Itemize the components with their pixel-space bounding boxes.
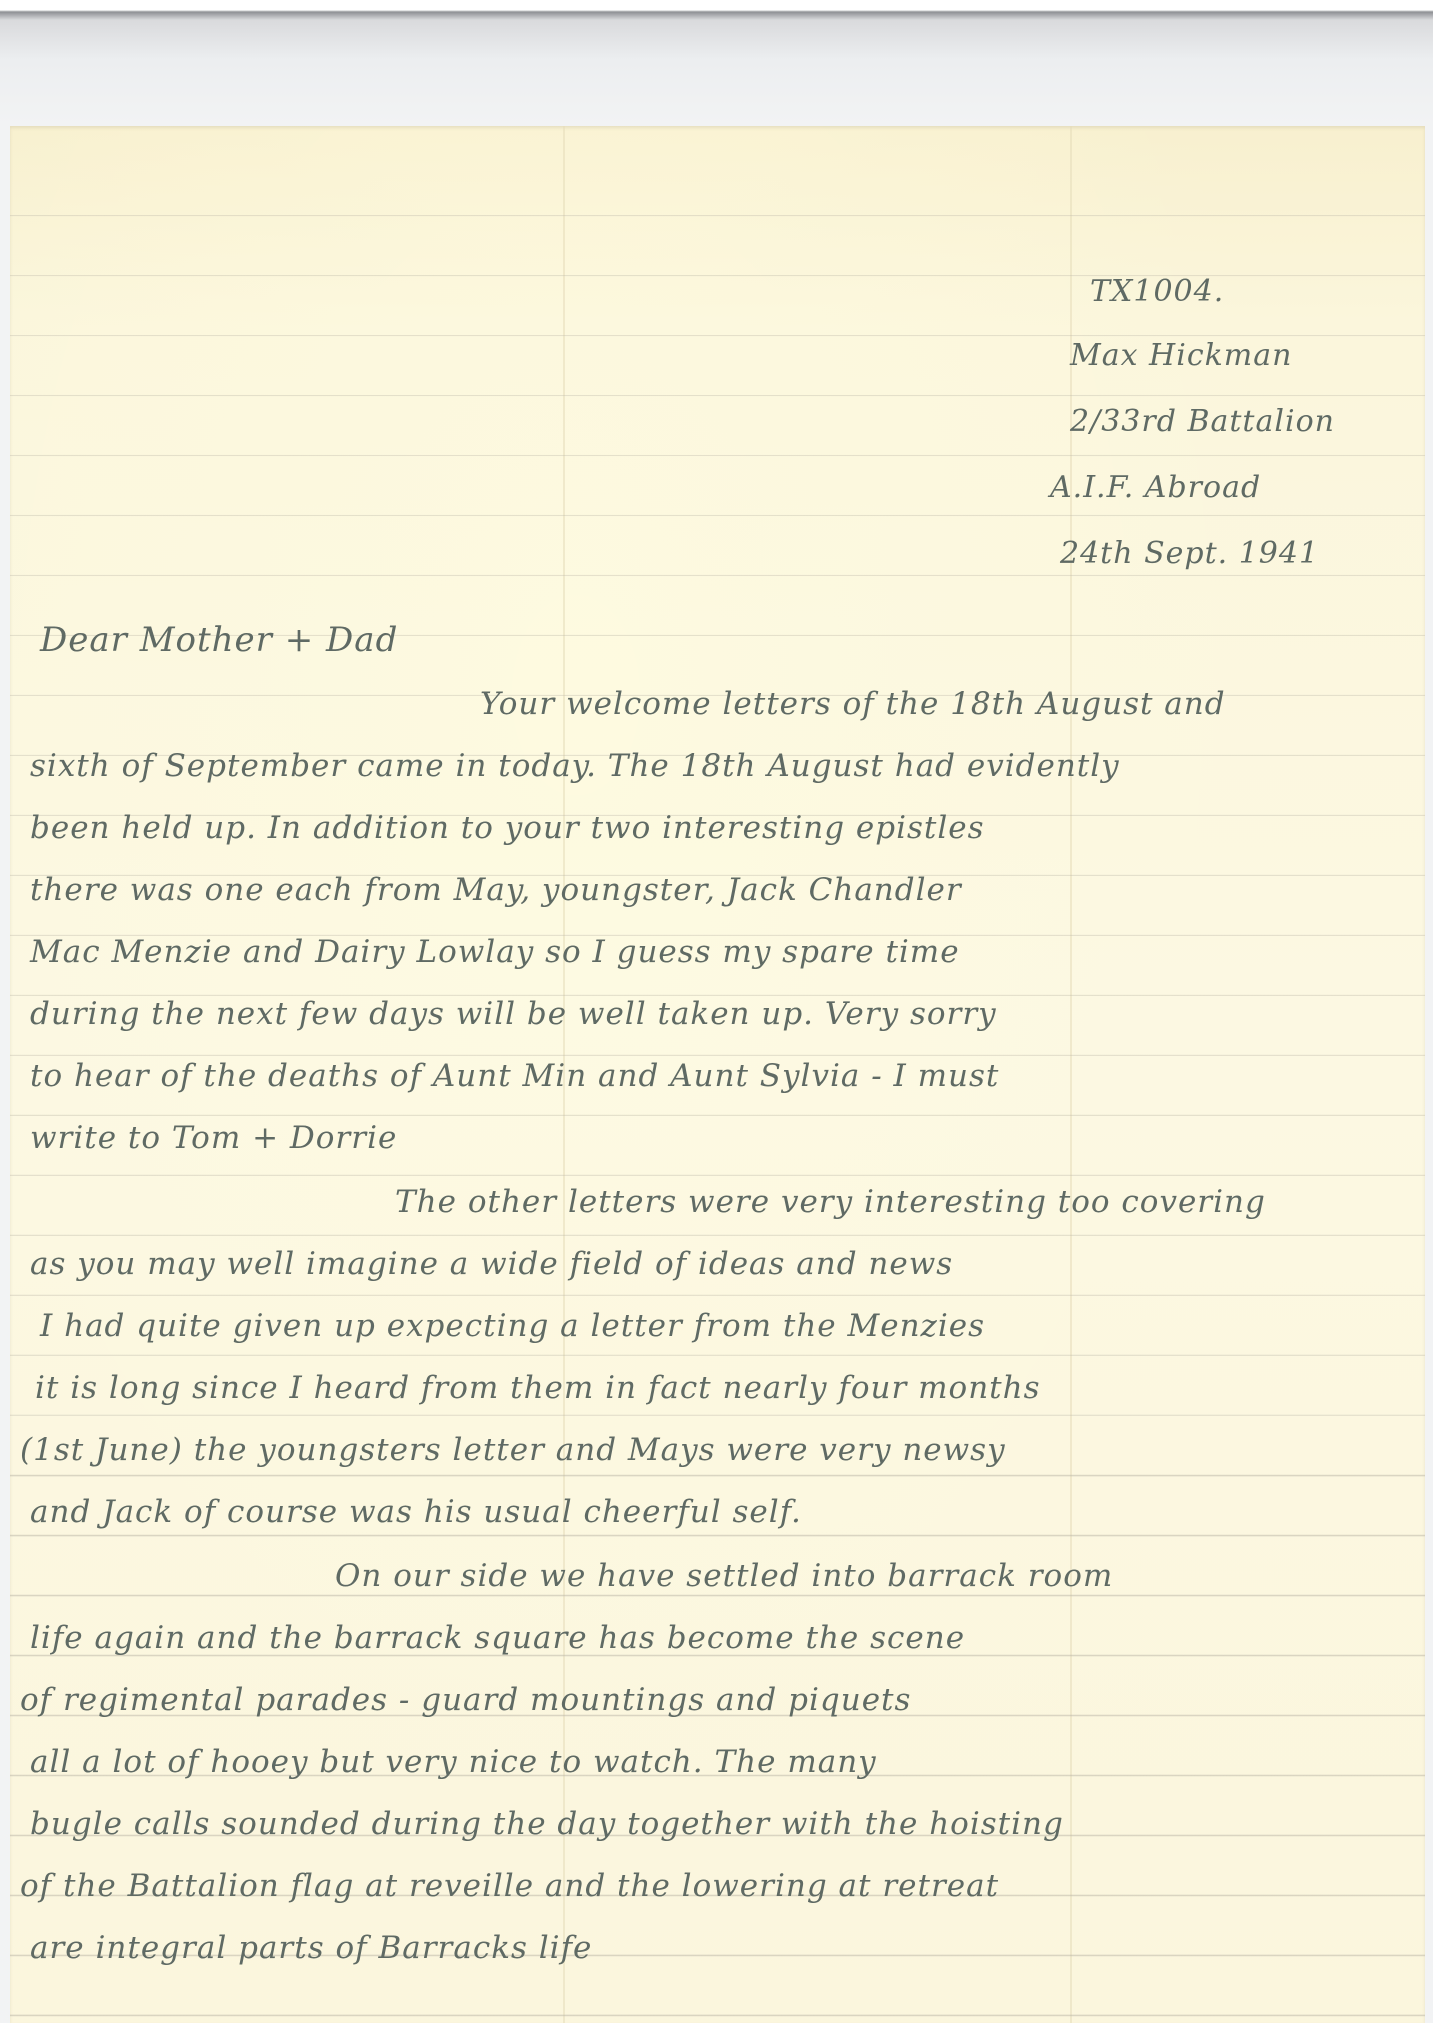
letter-date: 24th Sept. 1941: [1060, 536, 1319, 571]
letter-line: On our side we have settled into barrack…: [335, 1558, 1113, 1594]
letter-line: during the next few days will be well ta…: [30, 996, 997, 1032]
sender-location: A.I.F. Abroad: [1050, 470, 1261, 505]
letter-line: there was one each from May, youngster, …: [30, 872, 962, 908]
letter-line: all a lot of hooey but very nice to watc…: [30, 1744, 877, 1780]
letter-line: of regimental parades - guard mountings …: [20, 1682, 911, 1718]
letter-line: (1st June) the youngsters letter and May…: [20, 1432, 1006, 1468]
service-number: TX1004.: [1090, 274, 1224, 309]
sender-unit: 2/33rd Battalion: [1070, 404, 1335, 439]
letter-line: write to Tom + Dorrie: [30, 1120, 397, 1156]
letter-line: The other letters were very interesting …: [395, 1184, 1266, 1220]
letter-line: of the Battalion flag at reveille and th…: [20, 1868, 999, 1904]
letter-paper: TX1004. Max Hickman 2/33rd Battalion A.I…: [10, 126, 1425, 2023]
letter-line: to hear of the deaths of Aunt Min and Au…: [30, 1058, 999, 1094]
letter-line: as you may well imagine a wide field of …: [30, 1246, 953, 1282]
letter-line: and Jack of course was his usual cheerfu…: [30, 1494, 802, 1530]
letter-line: been held up. In addition to your two in…: [30, 810, 985, 846]
letter-line: I had quite given up expecting a letter …: [40, 1308, 985, 1344]
letter-line: Your welcome letters of the 18th August …: [480, 686, 1226, 722]
salutation: Dear Mother + Dad: [40, 620, 398, 660]
letter-line: bugle calls sounded during the day toget…: [30, 1806, 1064, 1842]
letter-line: life again and the barrack square has be…: [30, 1620, 965, 1656]
letter-line: it is long since I heard from them in fa…: [35, 1370, 1041, 1406]
sender-name: Max Hickman: [1070, 338, 1292, 373]
letter-line: sixth of September came in today. The 18…: [30, 748, 1120, 784]
letter-line: Mac Menzie and Dairy Lowlay so I guess m…: [30, 934, 960, 970]
letter-line: are integral parts of Barracks life: [30, 1930, 592, 1966]
